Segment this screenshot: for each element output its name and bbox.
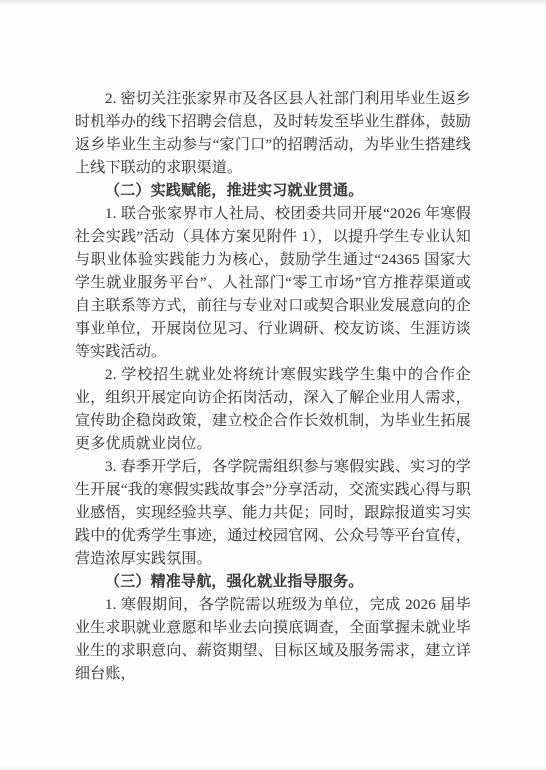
scan-bottom-edge-shading: [0, 766, 546, 770]
paragraph: 1. 联合张家界市人社局、校团委共同开展“2026 年寒假社会实践”活动（具体方…: [75, 203, 471, 364]
section-heading: （二）实践赋能，推进实习就业贯通。: [75, 180, 471, 203]
paragraph: 1. 寒假期间，各学院需以班级为单位，完成 2026 届毕业生求职就业意愿和毕业…: [75, 594, 471, 686]
document-page: 2. 密切关注张家界市及各区县人社部门利用毕业生返乡时机举办的线下招聘会信息，及…: [0, 0, 546, 770]
document-text-block: 2. 密切关注张家界市及各区县人社部门利用毕业生返乡时机举办的线下招聘会信息，及…: [75, 88, 471, 686]
scan-top-edge-shading: [0, 0, 546, 6]
paragraph: 2. 学校招生就业处将统计寒假实践学生集中的合作企业，组织开展定向访企拓岗活动，…: [75, 364, 471, 456]
section-heading: （三）精准导航，强化就业指导服务。: [75, 571, 471, 594]
paragraph: 3. 春季开学后，各学院需组织参与寒假实践、实习的学生开展“我的寒假实践故事会”…: [75, 456, 471, 571]
paragraph: 2. 密切关注张家界市及各区县人社部门利用毕业生返乡时机举办的线下招聘会信息，及…: [75, 88, 471, 180]
